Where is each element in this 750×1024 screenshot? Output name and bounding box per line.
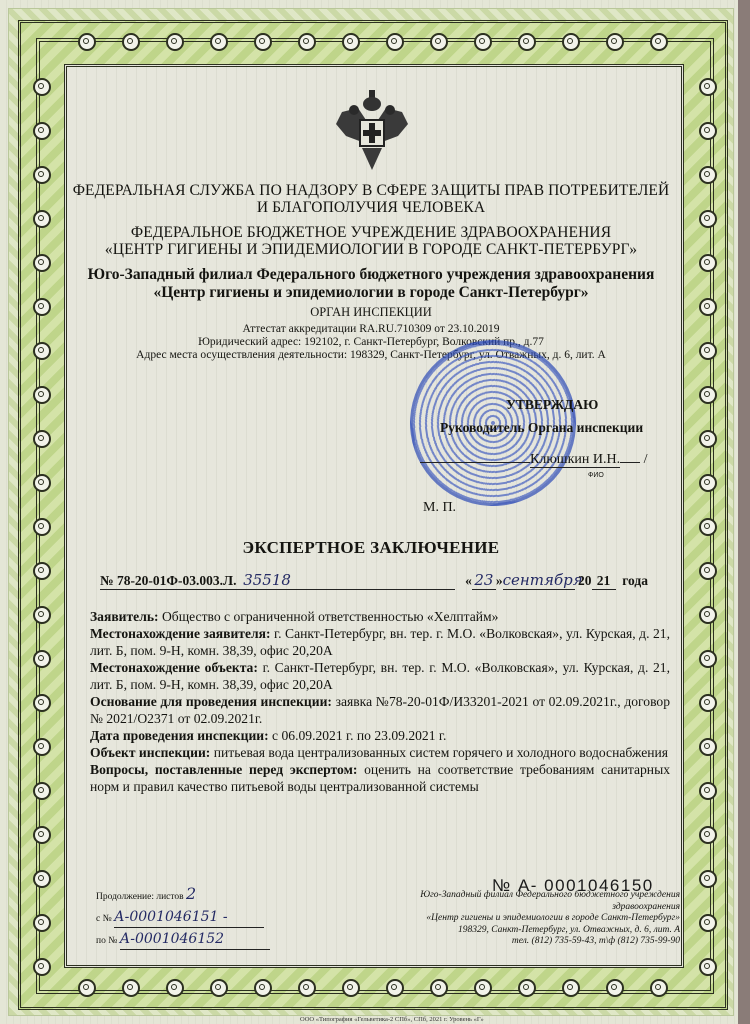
knot-ornament-icon: [430, 33, 448, 51]
knot-ornament-icon: [699, 606, 717, 624]
knot-ornament-icon: [33, 166, 51, 184]
knot-ornament-icon: [699, 518, 717, 536]
applicant-location-label: Местонахождение заявителя:: [90, 626, 271, 641]
knot-ornament-icon: [78, 979, 96, 997]
knot-ornament-icon: [210, 33, 228, 51]
knot-ornament-icon: [33, 826, 51, 844]
document-title: ЭКСПЕРТНОЕ ЗАКЛЮЧЕНИЕ: [64, 538, 678, 558]
knot-ornament-icon: [166, 33, 184, 51]
institution-name-line2: «ЦЕНТР ГИГИЕНЫ И ЭПИДЕМИОЛОГИИ В ГОРОДЕ …: [64, 241, 678, 259]
knot-ornament-icon: [699, 870, 717, 888]
continuation-from-label: с №: [96, 914, 112, 924]
knot-ornament-icon: [33, 210, 51, 228]
printer-footer: ООО «Типография «Гельветика-2 СПб», СПб,…: [300, 1016, 484, 1023]
knot-ornament-icon: [33, 430, 51, 448]
knot-ornament-icon: [562, 33, 580, 51]
knot-ornament-icon: [33, 650, 51, 668]
knot-ornament-icon: [122, 33, 140, 51]
inspection-object-label: Объект инспекции:: [90, 745, 210, 760]
continuation-from-row: с № А-0001046151 -: [96, 907, 356, 929]
year-prefix: 20: [578, 573, 592, 588]
knot-ornament-icon: [166, 979, 184, 997]
page-edge-shadow: [738, 0, 750, 1024]
knot-ornament-icon: [699, 78, 717, 96]
knot-ornament-icon: [430, 979, 448, 997]
continuation-to-row: по № А-0001046152: [96, 929, 356, 951]
basis-label: Основание для проведения инспекции:: [90, 694, 332, 709]
knot-ornament-icon: [33, 870, 51, 888]
knot-ornament-icon: [562, 979, 580, 997]
continuation-to-label: по №: [96, 936, 117, 946]
approval-heading: УТВЕРЖДАЮ: [506, 397, 598, 413]
knot-ornament-icon: [650, 979, 668, 997]
conclusion-number-field: № 78-20-01Ф-03.003.Л. 35518: [100, 571, 455, 590]
knot-ornament-icon: [33, 254, 51, 272]
approver-role: Руководитель Органа инспекции: [440, 420, 643, 436]
accreditation-line: Аттестат аккредитации RA.RU.710309 от 23…: [64, 323, 678, 337]
knot-ornament-icon: [474, 33, 492, 51]
issuer-block: Юго-Западный филиал Федерального бюджетн…: [380, 890, 680, 948]
knot-ornament-icon: [33, 386, 51, 404]
knot-ornament-icon: [699, 958, 717, 976]
inspection-object-row: Объект инспекции: питьевая вода централи…: [90, 744, 670, 761]
knot-ornament-icon: [33, 694, 51, 712]
activity-address-line: Адрес места осуществления деятельности: …: [64, 349, 678, 363]
knot-ornament-icon: [33, 518, 51, 536]
conclusion-details: Заявитель: Общество с ограниченной ответ…: [90, 608, 670, 795]
legal-address-line: Юридический адрес: 192102, г. Санкт-Пете…: [64, 336, 678, 350]
knot-ornament-icon: [699, 914, 717, 932]
knot-ornament-icon: [699, 342, 717, 360]
knot-ornament-icon: [33, 782, 51, 800]
issuer-line1: Юго-Западный филиал Федерального бюджетн…: [380, 890, 680, 913]
approver-name: Клюшкин И.Н.: [530, 452, 620, 468]
knot-ornament-icon: [606, 979, 624, 997]
knot-ornament-icon: [699, 254, 717, 272]
knot-ornament-icon: [699, 166, 717, 184]
knot-ornament-icon: [699, 826, 717, 844]
continuation-label: Продолжение: листов: [96, 892, 184, 902]
knot-ornament-icon: [33, 78, 51, 96]
seal-mark: М. П.: [423, 500, 456, 516]
questions-label: Вопросы, поставленные перед экспертом:: [90, 762, 357, 777]
inspection-date-value: с 06.09.2021 г. по 23.09.2021 г.: [272, 728, 446, 743]
knot-ornament-icon: [298, 979, 316, 997]
institution-name-line1: ФЕДЕРАЛЬНОЕ БЮДЖЕТНОЕ УЧРЕЖДЕНИЕ ЗДРАВОО…: [64, 224, 678, 242]
knot-ornament-icon: [386, 33, 404, 51]
object-location-row: Местонахождение объекта: г. Санкт-Петерб…: [90, 659, 670, 693]
handwritten-number: 35518: [243, 571, 291, 589]
issuer-line4: тел. (812) 735-59-43, т\ф (812) 735-99-9…: [380, 936, 680, 948]
knot-ornament-icon: [650, 33, 668, 51]
knot-ornament-icon: [699, 738, 717, 756]
inspection-date-label: Дата проведения инспекции:: [90, 728, 269, 743]
continuation-to-value: А-0001046152: [120, 929, 270, 950]
continuation-from-value: А-0001046151 -: [114, 907, 264, 928]
knot-ornament-icon: [210, 979, 228, 997]
knot-ornament-icon: [33, 738, 51, 756]
issuer-line3: 198329, Санкт-Петербург, ул. Отважных, д…: [380, 925, 680, 937]
applicant-value: Общество с ограниченной ответственностью…: [162, 609, 498, 624]
basis-row: Основание для проведения инспекции: заяв…: [90, 693, 670, 727]
object-location-label: Местонахождение объекта:: [90, 660, 258, 675]
knot-ornament-icon: [699, 474, 717, 492]
knot-ornament-icon: [254, 33, 272, 51]
knot-ornament-icon: [699, 430, 717, 448]
continuation-block: Продолжение: листов 2 с № А-0001046151 -…: [96, 884, 356, 951]
service-name-line1: ФЕДЕРАЛЬНАЯ СЛУЖБА ПО НАДЗОРУ В СФЕРЕ ЗА…: [64, 182, 678, 200]
knot-ornament-icon: [518, 33, 536, 51]
knot-ornament-icon: [699, 650, 717, 668]
quote-close: »: [496, 573, 503, 588]
continuation-sheets: 2: [186, 884, 196, 903]
year-word: года: [622, 573, 648, 588]
knot-ornament-icon: [78, 33, 96, 51]
knot-ornament-icon: [518, 979, 536, 997]
knot-ornament-icon: [699, 562, 717, 580]
knot-ornament-icon: [342, 33, 360, 51]
approver-signature-line: Клюшкин И.Н. /: [420, 452, 660, 468]
conclusion-number-line: № 78-20-01Ф-03.003.Л. 35518 «23»сентября…: [100, 571, 670, 590]
date-month: сентября: [503, 571, 575, 590]
knot-ornament-icon: [699, 298, 717, 316]
knot-ornament-icon: [33, 474, 51, 492]
knot-ornament-icon: [33, 562, 51, 580]
knot-ornament-icon: [699, 122, 717, 140]
fio-caption: ФИО: [588, 472, 604, 479]
knot-ornament-icon: [298, 33, 316, 51]
knot-ornament-icon: [33, 298, 51, 316]
service-name-line2: И БЛАГОПОЛУЧИЯ ЧЕЛОВЕКА: [64, 199, 678, 217]
knot-ornament-icon: [33, 122, 51, 140]
knot-ornament-icon: [254, 979, 272, 997]
continuation-sheets-row: Продолжение: листов 2: [96, 884, 356, 907]
double-headed-eagle-emblem-icon: [332, 90, 412, 172]
knot-ornament-icon: [699, 694, 717, 712]
branch-name-line2: «Центр гигиены и эпидемиологии в городе …: [64, 284, 678, 302]
knot-ornament-icon: [474, 979, 492, 997]
knot-ornament-icon: [699, 782, 717, 800]
knot-ornament-icon: [699, 210, 717, 228]
year-suffix: 21: [592, 573, 616, 590]
issuer-line2: «Центр гигиены и эпидемиологии в городе …: [380, 913, 680, 925]
inspection-date-row: Дата проведения инспекции: с 06.09.2021 …: [90, 727, 670, 744]
quote-open: «: [465, 573, 472, 588]
inspection-body-label: ОРГАН ИНСПЕКЦИИ: [64, 306, 678, 320]
knot-ornament-icon: [33, 914, 51, 932]
knot-ornament-icon: [33, 958, 51, 976]
applicant-location-row: Местонахождение заявителя: г. Санкт-Пете…: [90, 625, 670, 659]
number-prefix: № 78-20-01Ф-03.003.Л.: [100, 573, 236, 588]
applicant-row: Заявитель: Общество с ограниченной ответ…: [90, 608, 670, 625]
knot-ornament-icon: [33, 606, 51, 624]
knot-ornament-icon: [606, 33, 624, 51]
questions-row: Вопросы, поставленные перед экспертом: о…: [90, 761, 670, 795]
branch-name-line1: Юго-Западный филиал Федерального бюджетн…: [64, 266, 678, 284]
inspection-object-value: питьевая вода централизованных систем го…: [214, 745, 668, 760]
knot-ornament-icon: [33, 342, 51, 360]
knot-ornament-icon: [342, 979, 360, 997]
date-day: 23: [472, 571, 496, 590]
knot-ornament-icon: [122, 979, 140, 997]
knot-ornament-icon: [699, 386, 717, 404]
knot-ornament-icon: [386, 979, 404, 997]
applicant-label: Заявитель:: [90, 609, 159, 624]
